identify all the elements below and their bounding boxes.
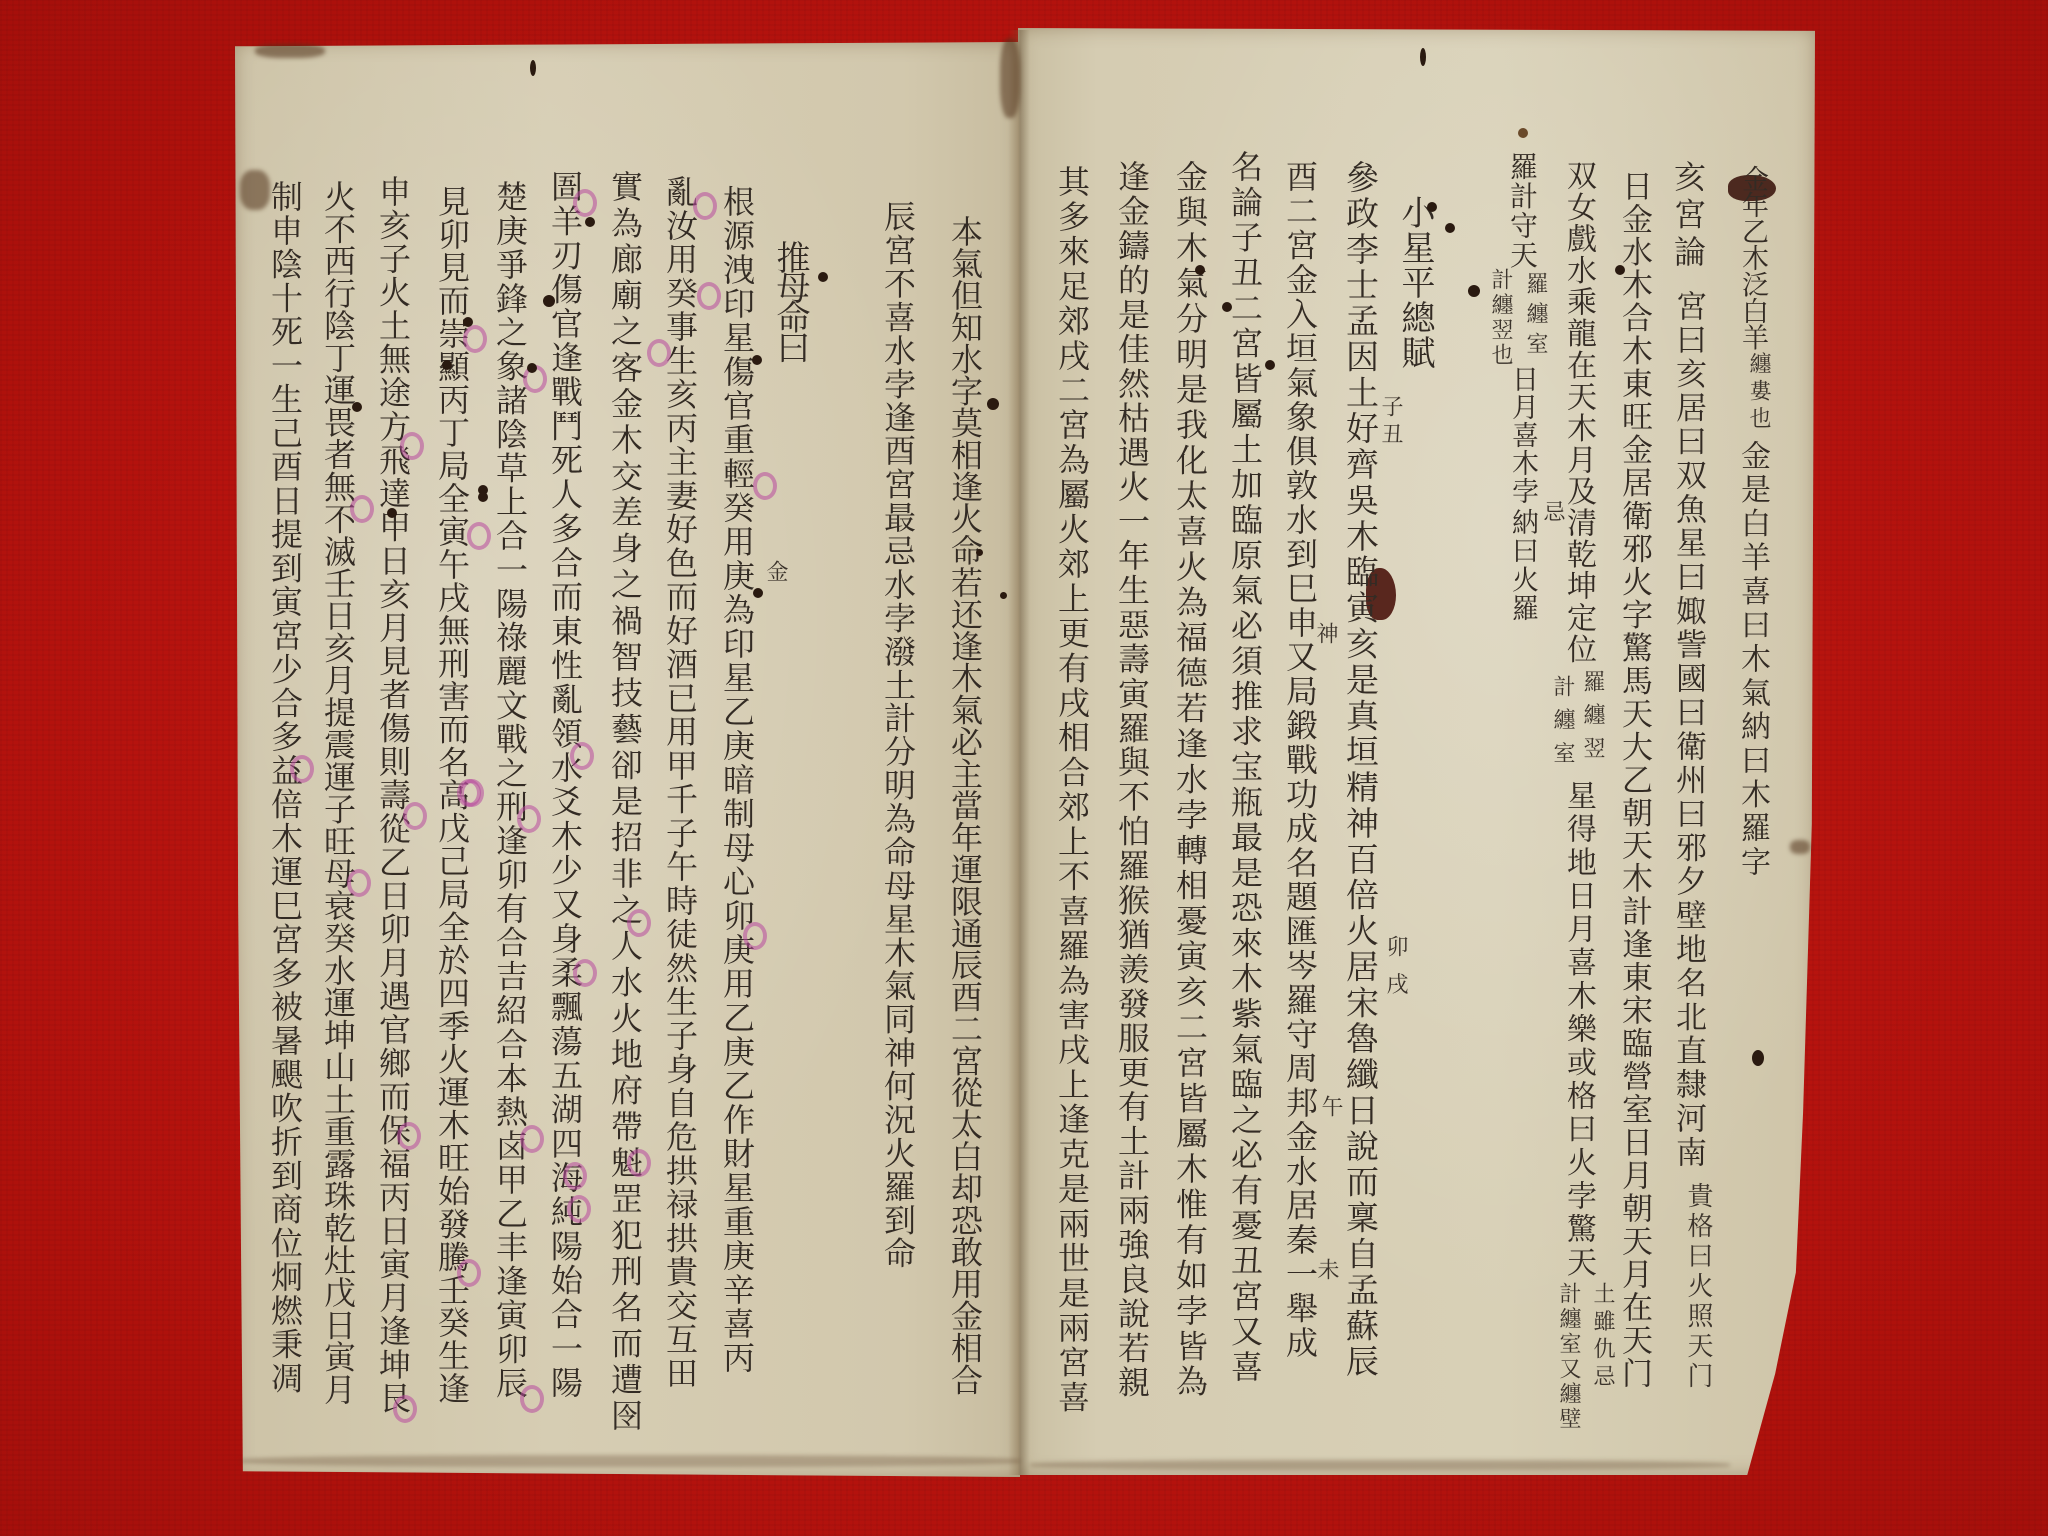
stamp-mark <box>627 1149 651 1177</box>
wormhole <box>1222 302 1232 312</box>
wormhole <box>987 398 999 410</box>
marginal-note: 金 <box>762 560 788 592</box>
wormhole <box>1000 592 1007 599</box>
marginal-note: 纏婁也 <box>1745 352 1771 434</box>
marginal-note: 午 <box>1317 1095 1343 1125</box>
wormhole <box>752 355 762 365</box>
manuscript-column: 金與木氣分明是我化太喜火為福德若逢水孛轉相憂寅亥二宮皆屬木惟有如孛皆為 <box>1168 160 1212 1400</box>
wormhole <box>1518 128 1528 138</box>
stamp-mark <box>350 495 374 523</box>
wormhole <box>352 402 362 412</box>
manuscript-column: 金是白羊喜曰木氣納曰木羅字 <box>1730 440 1774 880</box>
wormhole <box>543 295 555 307</box>
wormhole <box>1752 1050 1764 1066</box>
stamp-mark <box>460 779 484 807</box>
manuscript-column: 日月喜木孛 <box>1500 365 1544 505</box>
section-title: 推母命曰 <box>768 240 812 360</box>
manuscript-column: 羅計守天 <box>1500 152 1544 270</box>
stamp-mark <box>400 432 424 460</box>
wormhole <box>1615 265 1625 275</box>
manuscript-column: 星得地日月喜木樂或格曰火孛驚天 <box>1556 780 1600 1280</box>
marginal-note: 卯戌 <box>1382 935 1408 1010</box>
manuscript-column: 其多來足郊戌二宮為屬火郊上更有戌相合郊上不喜羅為害戌上逢克是兩世是兩宮喜 <box>1050 165 1094 1415</box>
stamp-mark <box>743 922 767 950</box>
section-title: 小星平總賦 <box>1393 195 1437 370</box>
stamp-mark <box>573 189 597 217</box>
marginal-note: 貴格曰火照天门 <box>1685 1182 1711 1392</box>
wormhole <box>753 588 763 598</box>
wormhole <box>976 549 983 556</box>
marginal-note: 土雖仇忌 <box>1589 1282 1615 1392</box>
stamp-mark <box>520 1125 544 1153</box>
stamp-mark <box>347 869 371 897</box>
wormhole <box>1468 285 1480 297</box>
stamp-mark <box>403 802 427 830</box>
stamp-mark <box>467 522 491 550</box>
stamp-mark <box>563 1162 587 1190</box>
wormhole <box>1445 223 1455 233</box>
edge-stain <box>1790 840 1810 854</box>
stamp-mark <box>567 1195 591 1223</box>
stamp-mark <box>517 805 541 833</box>
manuscript-column: 實為廊廟之客金木交差身之禍智技藝卻是招非之人水火地府帶魁罡犯刑名而遭囹 <box>603 170 647 1435</box>
stamp-mark <box>520 1385 544 1413</box>
stamp-mark <box>573 959 597 987</box>
wormhole <box>1427 202 1437 212</box>
marginal-note: 羅纏室 <box>1522 272 1548 362</box>
manuscript-column: 楚庚爭鋒之象諸陰草上合一陽祿麗文戰之刑逢卯有合吉紹合本熱卤甲乙丰逢寅卯辰 <box>488 180 532 1400</box>
section-heading: 亥宮論 <box>1666 160 1710 272</box>
wormhole <box>530 60 536 76</box>
stamp-mark <box>457 1259 481 1287</box>
manuscript-column: 宮曰亥居曰双魚星曰娵訾國曰衛州曰邪夕壁地名北直隸河南 <box>1666 290 1710 1170</box>
marginal-note: 計纏翌也 <box>1487 268 1513 368</box>
manuscript-column: 納曰火羅 <box>1500 508 1544 623</box>
stamp-mark <box>570 742 594 770</box>
wormhole <box>1195 265 1205 275</box>
wormhole <box>585 217 595 227</box>
manuscript-column: 日金水木合木東旺金居衛邪火字驚馬天大乙朝天木計逢東宋臨營室日月朝天月在天门 <box>1612 170 1656 1390</box>
marginal-note: 羅纏翌 <box>1579 670 1605 770</box>
manuscript-column: 申亥子火土無途方飛達甲日亥月見者傷則壽從乙日卯月遇官鄉而保福丙日寅月逢坤艮 <box>371 175 415 1415</box>
manuscript-column: 火不西行陰丁運畏者無不滅壬日亥月提震運子旺母衰癸水運坤山土重露珠乾灶戊日寅月 <box>316 180 360 1405</box>
wormhole <box>818 272 828 282</box>
wormhole <box>527 363 537 373</box>
stamp-mark <box>753 472 777 500</box>
wormhole <box>442 360 452 370</box>
manuscript-column: 本氣但知水字莫相逢火命若还逢木氣必主當年運限通辰酉二宮從太白却恐敢用金相合 <box>943 215 987 1395</box>
stamp-mark <box>463 325 487 353</box>
edge-stain <box>255 44 325 58</box>
stamp-mark <box>693 192 717 220</box>
edge-stain <box>1000 38 1020 118</box>
wormhole <box>1420 48 1426 66</box>
spine-fold <box>1008 30 1030 1475</box>
marginal-note: 神 <box>1312 622 1338 652</box>
manuscript-column: 名論子丑二宮皆屬土加臨原氣必須推求宝瓶最是恐來木紫氣臨之必有憂丑宮又喜 <box>1223 150 1267 1385</box>
wormhole <box>1265 360 1275 370</box>
manuscript-column: 双女戲水乘龍在天木月及清乾坤定位 <box>1556 160 1600 665</box>
manuscript-column: 辰宮不喜水孛逢酉宮最忌水孛潑土計分明為命母星木氣同神何況火羅到命 <box>876 200 920 1270</box>
manuscript-column: 根源洩印星傷官重輕癸用庚為印星乙庚暗制母心卯庚用乙庚乙作財星重庚辛喜丙 <box>715 185 759 1375</box>
manuscript-column: 金年乙木泛白羊 <box>1730 165 1774 350</box>
manuscript-column: 制申陰十死一生己酉日提到寅宮少合多益倍木運巳宮多被暑颶吹折到商位炯燃秉凋 <box>263 180 307 1395</box>
manuscript-column: 參政李士孟因土好齊吳木臨寅亥是真垣精神百倍火居宋魯纖日說而稟自孟蘇辰 <box>1338 160 1382 1380</box>
wormhole <box>463 317 473 327</box>
marginal-note: 計纏室又纏壁 <box>1555 1282 1581 1432</box>
marginal-note: 計纏室 <box>1549 675 1575 775</box>
stamp-mark <box>397 1122 421 1150</box>
edge-stain <box>1030 1460 1730 1470</box>
stamp-mark <box>627 909 651 937</box>
stamp-mark <box>697 282 721 310</box>
manuscript-column: 酉二宮金入垣氣象俱敦水到巳申又局鍛戰功成名題匯岑羅守周邦金水居秦一舉成 <box>1278 160 1322 1360</box>
stamp-mark <box>290 755 314 783</box>
stamp-mark <box>393 1395 417 1423</box>
wormhole <box>478 492 488 502</box>
manuscript-column: 逢金鑄的是佳然枯遇火一年生惡壽寅羅與不怕羅猴猶羨發服更有土計兩強良說若親 <box>1110 160 1154 1400</box>
wormhole <box>387 508 397 518</box>
stamp-mark <box>647 339 671 367</box>
marginal-note: 未 <box>1313 1258 1339 1288</box>
edge-stain <box>240 1455 1020 1467</box>
